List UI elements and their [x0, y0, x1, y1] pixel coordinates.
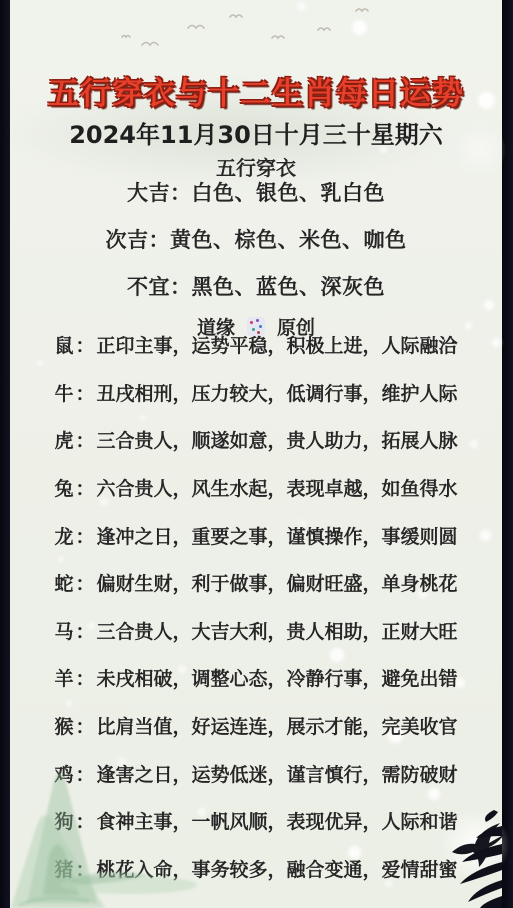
colon: ： — [73, 430, 96, 452]
poster: 五行穿衣与十二生肖每日运势 2024年11月30日十月三十星期六 五行穿衣 大吉… — [0, 0, 513, 908]
zodiac-row-goat: 羊：未戌相破，调整心态，冷静行事，避免出错 — [9, 654, 503, 702]
zodiac-animal: 马 — [54, 621, 73, 643]
zodiac-row-horse: 马：三合贵人，大吉大利，贵人相助，正财大旺 — [9, 607, 503, 655]
page-title: 五行穿衣与十二生肖每日运势 — [9, 68, 503, 113]
colon: ： — [170, 181, 192, 205]
lucky-label: 次吉 — [106, 228, 149, 252]
lucky-colors-avoid: 不宜：黑色、蓝色、深灰色 — [9, 271, 503, 301]
lucky-colors: 黑色、蓝色、深灰色 — [192, 275, 386, 299]
colon: ： — [149, 228, 171, 252]
zodiac-animal: 龙 — [54, 526, 73, 548]
zodiac-row-rabbit: 兔：六合贵人，风生水起，表现卓越，如鱼得水 — [9, 464, 503, 512]
colon: ： — [170, 275, 192, 299]
colon: ： — [73, 526, 96, 548]
zodiac-row-dragon: 龙：逢冲之日，重要之事，谨慎操作，事缓则圆 — [9, 511, 503, 559]
zodiac-row-tiger: 虎：三合贵人，顺遂如意，贵人助力，拓展人脉 — [9, 416, 503, 464]
zodiac-animal: 虎 — [54, 430, 73, 452]
zodiac-animal: 兔 — [54, 478, 73, 500]
zodiac-fortune: 六合贵人，风生水起，表现卓越，如鱼得水 — [97, 478, 458, 500]
zodiac-fortune: 丑戌相刑，压力较大，低调行事，维护人际 — [97, 383, 458, 405]
lucky-label: 大吉 — [127, 181, 170, 205]
colon: ： — [73, 668, 96, 690]
zodiac-fortune: 正印主事，运势平稳，积极上进，人际融洽 — [97, 335, 458, 357]
colon: ： — [73, 478, 96, 500]
zodiac-animal: 蛇 — [54, 573, 73, 595]
lucky-colors: 黄色、棕色、米色、咖色 — [170, 228, 407, 252]
lucky-colors-best: 大吉：白色、银色、乳白色 — [9, 177, 503, 207]
zodiac-fortune: 未戌相破，调整心态，冷静行事，避免出错 — [97, 668, 458, 690]
watercolor-mountain-art — [9, 735, 199, 908]
colon: ： — [73, 383, 96, 405]
lucky-colors-second: 次吉：黄色、棕色、米色、咖色 — [9, 224, 503, 254]
colon: ： — [73, 573, 96, 595]
zodiac-row-ox: 牛：丑戌相刑，压力较大，低调行事，维护人际 — [9, 369, 503, 417]
zodiac-fortune: 逢冲之日，重要之事，谨慎操作，事缓则圆 — [97, 526, 458, 548]
zodiac-fortune: 三合贵人，大吉大利，贵人相助，正财大旺 — [97, 621, 458, 643]
zodiac-fortune: 偏财生财，利于做事，偏财旺盛，单身桃花 — [97, 573, 458, 595]
pine-needles-icon — [424, 808, 502, 908]
zodiac-fortune: 三合贵人，顺遂如意，贵人助力，拓展人脉 — [97, 430, 458, 452]
colon: ： — [73, 621, 96, 643]
zodiac-animal: 牛 — [54, 383, 73, 405]
lucky-label: 不宜 — [127, 275, 170, 299]
lucky-colors: 白色、银色、乳白色 — [192, 181, 386, 205]
zodiac-row-rat: 鼠：正印主事，运势平稳，积极上进，人际融洽 — [9, 321, 503, 369]
right-frame-bar — [502, 0, 513, 908]
date-line: 2024年11月30日十月三十星期六 — [9, 115, 503, 150]
colon: ： — [73, 335, 96, 357]
flying-birds-icon — [120, 5, 380, 60]
zodiac-row-snake: 蛇：偏财生财，利于做事，偏财旺盛，单身桃花 — [9, 559, 503, 607]
zodiac-animal: 羊 — [54, 668, 73, 690]
zodiac-animal: 鼠 — [54, 335, 73, 357]
